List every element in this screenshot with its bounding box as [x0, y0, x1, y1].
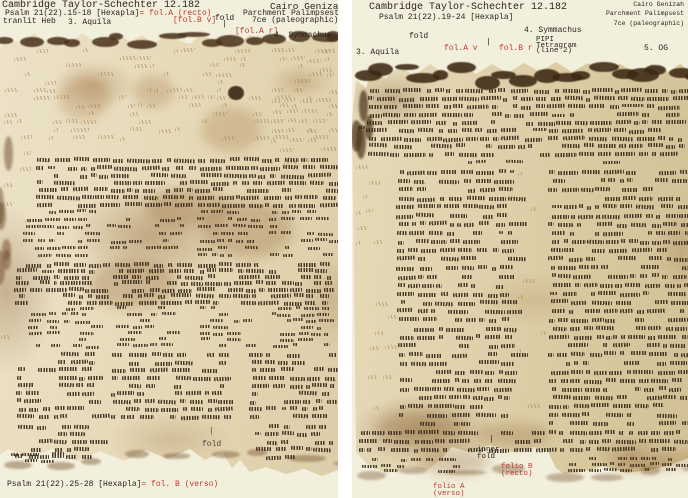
right-fold-label: fold — [409, 33, 428, 40]
left-date: 7ce (paleographic) — [252, 17, 338, 24]
left-fol-b-v: [fol.B v] — [173, 17, 216, 24]
left-fold-bottom-label: fold — [202, 441, 221, 448]
right-tetragram-line: (line 2) — [536, 48, 572, 55]
right-inner-fold-label: inner fold — [477, 447, 500, 461]
right-figure: Cambridge Taylor-Schechter 12.182 Cairo … — [352, 0, 688, 498]
right-column-symmachus: 4. Symmachus — [524, 27, 582, 34]
right-folio-a-label: folio A (verso) — [433, 484, 465, 498]
left-caption-psalm: Psalm 21(22).25-28 [Hexapla] — [7, 480, 141, 489]
right-title: Cambridge Taylor-Schechter 12.182 — [369, 3, 567, 13]
left-caption: Psalm 21(22).25-28 [Hexapla]= fol. B (ve… — [7, 481, 218, 488]
right-fold-tick: | — [486, 39, 491, 46]
left-column-translit: tranlit Heb — [3, 18, 56, 25]
right-column-aquila: 3. Aquila — [356, 49, 399, 56]
left-caption-folio: = fol. B (verso) — [141, 480, 218, 489]
plate: Cambridge Taylor-Schechter 12.182 Cairo … — [0, 0, 688, 498]
right-provenance: Cairo Genizah — [633, 2, 684, 9]
right-column-og: 5. OG — [644, 45, 668, 52]
left-column-aquila: 3. Aquila — [68, 19, 111, 26]
left-column-symmachus: 4. Symmachus — [274, 32, 332, 39]
left-fol-a-r: [fol.A r] — [235, 28, 278, 35]
right-fol-b-r: fol.B r — [499, 45, 533, 52]
right-fol-a-v: fol.A v — [444, 45, 478, 52]
left-fold-bottom-tick: | — [209, 428, 214, 435]
right-date: 7ce (paleographic) — [614, 21, 684, 28]
right-material: Parchment Palimpsest — [606, 11, 684, 18]
left-fold-tick: | — [222, 21, 227, 28]
right-psalm-ref: Psalm 21(22).19-24 [Hexapla] — [379, 14, 513, 21]
left-figure: Cambridge Taylor-Schechter 12.182 Cairo … — [0, 0, 338, 498]
right-inner-fold-tick: | — [489, 436, 494, 443]
right-folio-b-label: folio B (recto) — [501, 464, 533, 478]
